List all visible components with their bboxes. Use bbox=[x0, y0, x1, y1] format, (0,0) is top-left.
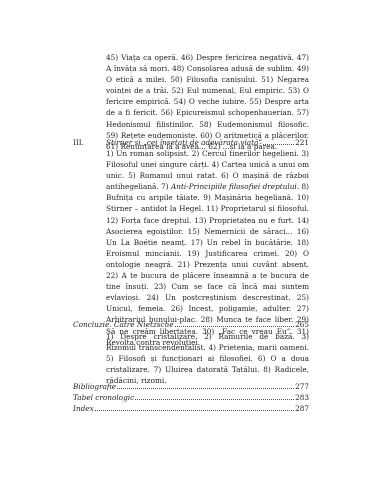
page-number: 265 bbox=[295, 319, 309, 330]
toc-entry-conclusion[interactable]: Concluzie. Către Nietzsche 265 bbox=[73, 319, 309, 330]
chapter-3-items: 1) Un roman solipsist. 2) Cercul tineril… bbox=[106, 148, 309, 348]
toc-entry-chapter-3[interactable]: III. Stirner și „cei însetați de adevăra… bbox=[73, 137, 309, 148]
toc-entry-bibliography[interactable]: Bibliografie 277 bbox=[73, 381, 309, 392]
chapter-number: III. bbox=[73, 137, 106, 148]
toc-entry-index[interactable]: Index 287 bbox=[73, 403, 309, 414]
page-number: 221 bbox=[295, 137, 309, 148]
entry-title: Tabel cronologic bbox=[73, 392, 134, 403]
page-number: 283 bbox=[295, 392, 309, 403]
conclusion-title: Concluzie. Către Nietzsche bbox=[73, 319, 174, 330]
dot-leader bbox=[95, 403, 294, 411]
dot-leader bbox=[117, 381, 294, 389]
book-page: 45) Viața ca operă. 46) Despre fericirea… bbox=[0, 0, 381, 492]
page-number: 287 bbox=[295, 403, 309, 414]
page-number: 277 bbox=[295, 381, 309, 392]
entry-title: Bibliografie bbox=[73, 381, 116, 392]
italic-book-title: Anti-Principiile filosofiei dreptului bbox=[171, 182, 297, 191]
conclusion-items: 1) Despre cristalizare. 2) Ramurile de b… bbox=[106, 331, 309, 386]
toc-entry-chronology[interactable]: Tabel cronologic 283 bbox=[73, 392, 309, 403]
dot-leader bbox=[263, 137, 294, 145]
dot-leader bbox=[175, 319, 294, 327]
entry-title: Index bbox=[73, 403, 94, 414]
dot-leader bbox=[135, 392, 294, 400]
chapter-title: Stirner și „cei însetați de adevărata vi… bbox=[106, 137, 262, 148]
